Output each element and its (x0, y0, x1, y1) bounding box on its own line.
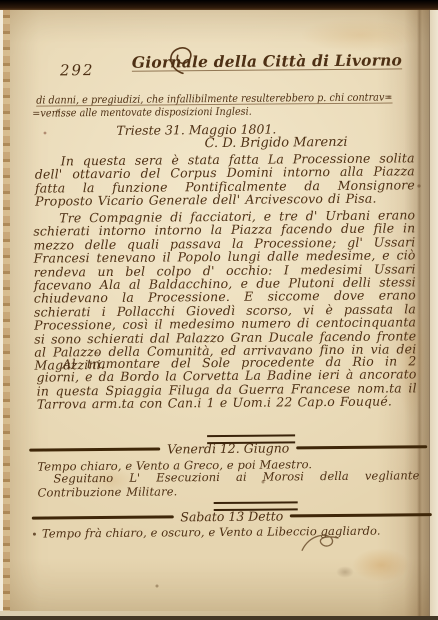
entry-paragraph: In questa sera è stata fatta La Processi… (35, 151, 415, 208)
ink-dot (33, 533, 36, 536)
journal-title: Giornale della Città di Livorno (132, 50, 402, 71)
heading-rule-left (32, 516, 174, 519)
heading-rule-right (290, 514, 432, 517)
entry-paragraph: Tre Compagnie di facciatori, e tre d' Ur… (33, 208, 416, 372)
pen-squiggle-icon (298, 530, 346, 560)
manuscript-content: 292 Giornale della Città di Livorno di d… (0, 0, 438, 620)
page-number: 292 (60, 61, 95, 79)
intro-line-2: =venisse alle mentovate disposizioni Ing… (32, 106, 252, 120)
section-heading: Sabato 13 Detto (180, 508, 283, 524)
heading-rule-right (296, 446, 427, 449)
section-heading: Venerdì 12. Giugno (167, 440, 289, 456)
entry-paragraph: Al tramontare del Sole procedente da Rio… (36, 354, 416, 411)
section-heading-row: Venerdì 12. Giugno (29, 439, 427, 457)
manuscript-page-photo: 292 Giornale della Città di Livorno di d… (0, 0, 438, 620)
heading-rule-left (29, 448, 160, 451)
signature: C. D. Brigido Marenzi (204, 135, 347, 151)
entry-line: Seguitano L' Esecuzioni ai Morosi della … (37, 469, 419, 499)
intro-line-1: di danni, e pregiudizi, che infallibilme… (36, 91, 392, 106)
